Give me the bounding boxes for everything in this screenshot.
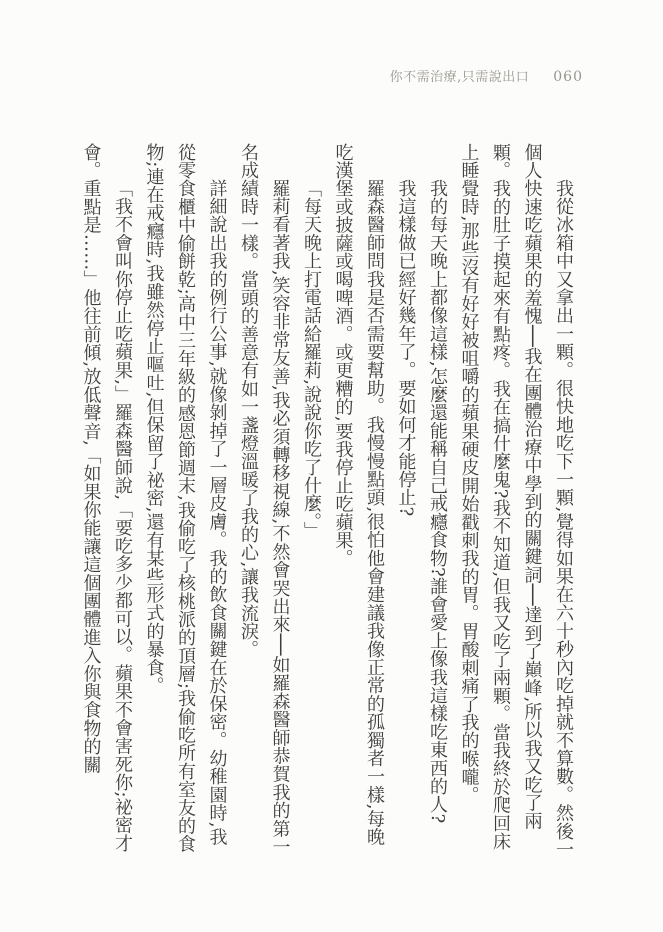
paragraph: 羅森醫師問我是否需要幫助。我慢慢點頭,很怕他會建議我像正常的孤獨者一樣,每晚吃漢… bbox=[327, 143, 390, 863]
paragraph: 我的每天晚上都像這樣,怎麼還能稱自己戒癮食物?誰會愛上像我這樣吃東西的人? bbox=[422, 143, 454, 863]
paragraph: 我從冰箱中又拿出一顆。很快地吃下一顆,覺得如果在六十秒內吃掉就不算數。然後一個人… bbox=[453, 143, 579, 863]
book-page: 你不需治療,只需說出口 060 我從冰箱中又拿出一顆。很快地吃下一顆,覺得如果在… bbox=[0, 0, 663, 932]
paragraph: 「我不會叫你停止吃蘋果,」羅森醫師說,「要吃多少都可以。蘋果不會害死你;祕密才會… bbox=[75, 143, 138, 863]
paragraph: 「每天晚上打電話給羅莉,說說你吃了什麼。」 bbox=[296, 143, 328, 863]
paragraph: 我這樣做已經好幾年了。要如何才能停止? bbox=[390, 143, 422, 863]
running-title: 你不需治療,只需說出口 bbox=[390, 70, 530, 86]
page-number: 060 bbox=[553, 69, 583, 85]
running-header: 你不需治療,只需說出口 060 bbox=[390, 69, 583, 86]
page-body: 我從冰箱中又拿出一顆。很快地吃下一顆,覺得如果在六十秒內吃掉就不算數。然後一個人… bbox=[74, 143, 579, 863]
paragraph: 詳細說出我的例行公事,就像剝掉了一層皮膚。我的飲食關鍵在於保密。幼稚園時,我從零… bbox=[138, 143, 233, 863]
paragraph: 羅莉看著我,笑容非常友善,我必須轉移視線,不然會哭出來──如羅森醫師恭賀我的第一… bbox=[233, 143, 296, 863]
